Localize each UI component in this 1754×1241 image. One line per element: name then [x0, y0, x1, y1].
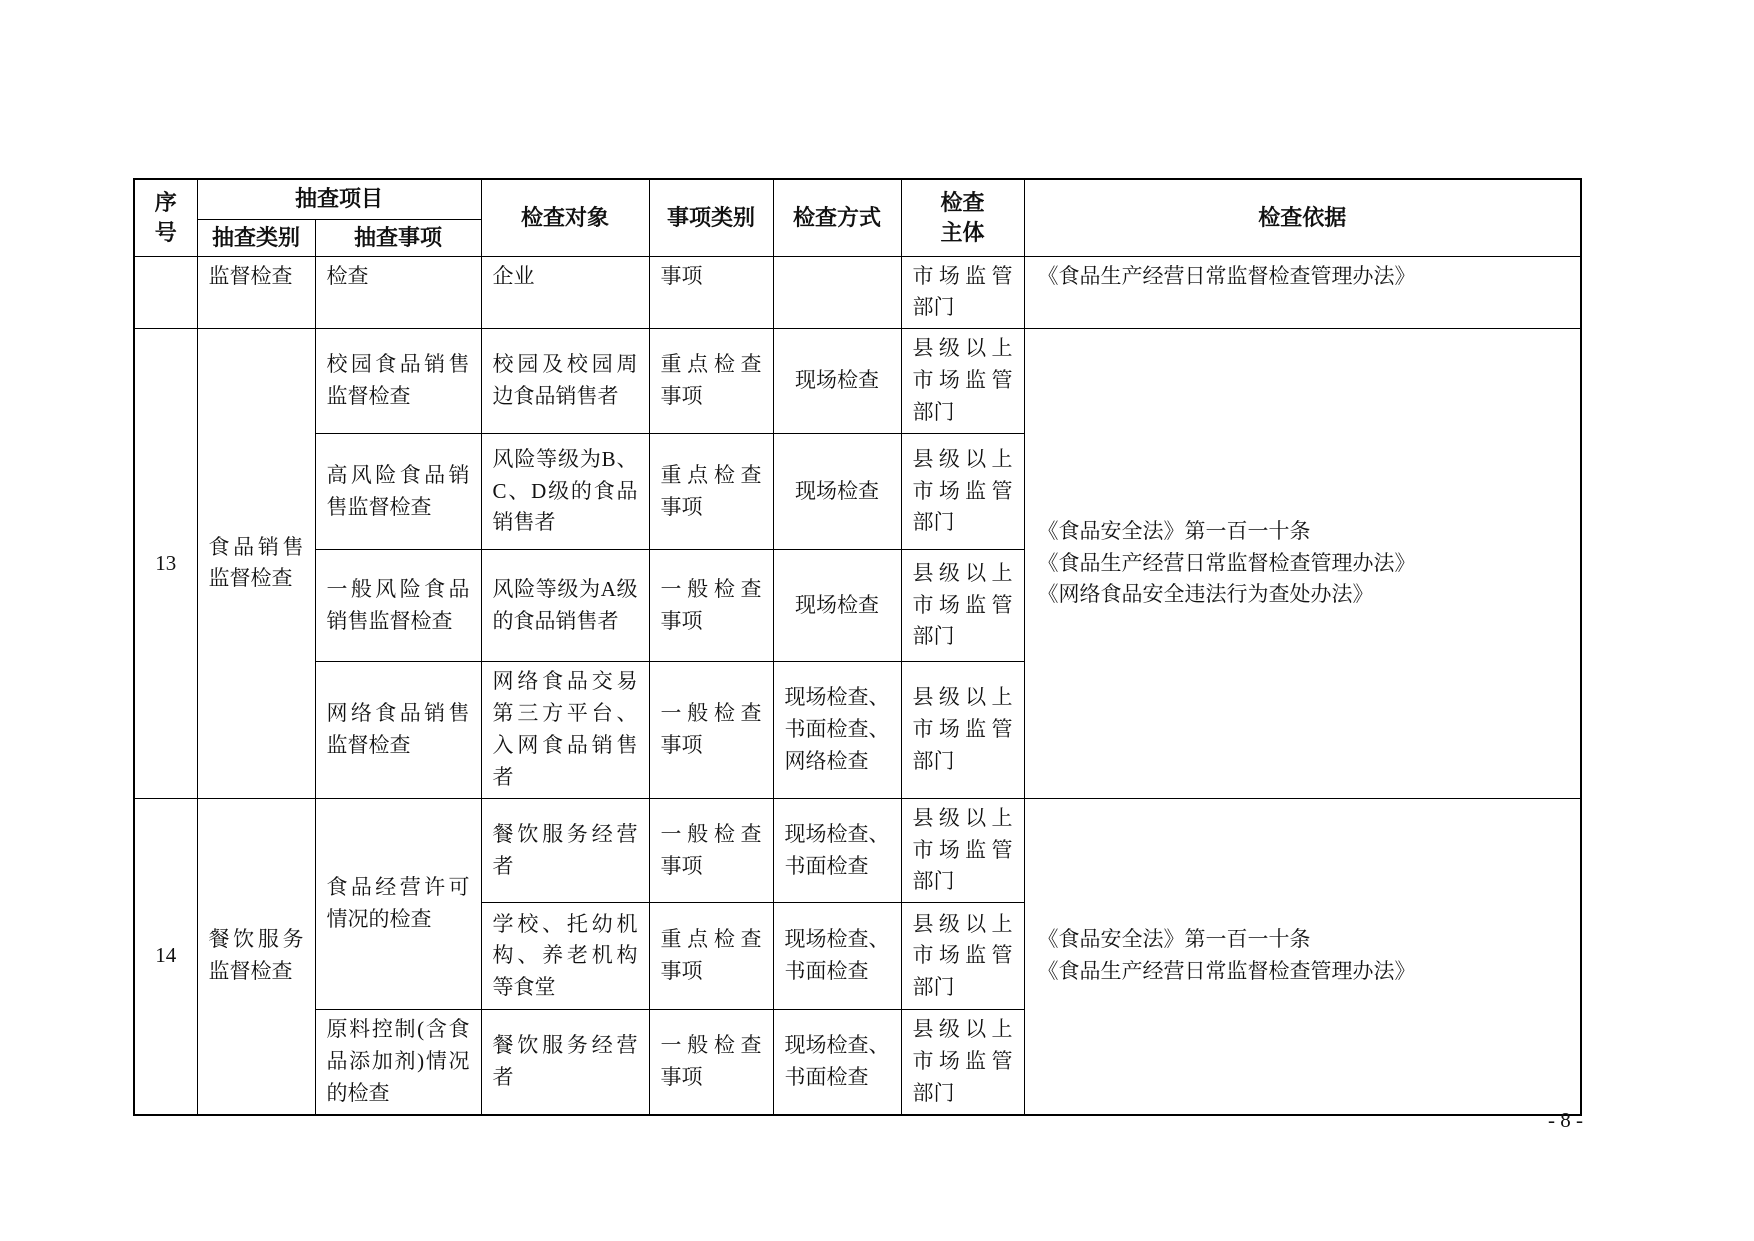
cell-inspection-object: 风险等级为A级的食品销售者	[481, 550, 649, 662]
cell-inspection-subject: 县级以上市场监管部门	[901, 550, 1024, 662]
cell-inspection-subject: 县级以上市场监管部门	[901, 798, 1024, 903]
cell-inspection-method: 现场检查、书面检查	[773, 1010, 901, 1115]
cell-inspection-object: 学校、托幼机构、养老机构等食堂	[481, 903, 649, 1010]
header-cell-inspection-basis: 检查依据	[1024, 179, 1581, 256]
header-subject-label: 检查主体	[933, 188, 992, 247]
cell-sampling-category: 餐饮服务监督检查	[197, 798, 315, 1115]
table-row-carryover: 监督检查 检查 企业 事项 市场监管部门 《食品生产经营日常监督检查管理办法》	[134, 256, 1581, 329]
cell-inspection-method: 现场检查、书面检查	[773, 903, 901, 1010]
cell-inspection-method: 现场检查	[773, 550, 901, 662]
cell-serial	[134, 256, 197, 329]
cell-inspection-object: 餐饮服务经营者	[481, 1010, 649, 1115]
cell-inspection-subject: 市场监管部门	[901, 256, 1024, 329]
cell-sampling-item: 食品经营许可情况的检查	[315, 798, 481, 1010]
header-cell-inspection-method: 检查方式	[773, 179, 901, 256]
cell-inspection-method: 现场检查、书面检查、网络检查	[773, 662, 901, 799]
cell-inspection-object: 网络食品交易第三方平台、入网食品销售者	[481, 662, 649, 799]
page-number: - 8 -	[1548, 1108, 1583, 1133]
cell-sampling-item: 网络食品销售监督检查	[315, 662, 481, 799]
cell-inspection-object: 企业	[481, 256, 649, 329]
cell-sampling-category: 监督检查	[197, 256, 315, 329]
cell-serial: 14	[134, 798, 197, 1115]
header-serial-label: 序号	[149, 188, 182, 247]
basis-line: 《网络食品安全违法行为查处办法》	[1038, 579, 1570, 611]
cell-inspection-subject: 县级以上市场监管部门	[901, 1010, 1024, 1115]
cell-item-type: 重点检查事项	[649, 434, 773, 550]
cell-serial: 13	[134, 329, 197, 798]
cell-inspection-basis: 《食品安全法》第一百一十条 《食品生产经营日常监督检查管理办法》 《网络食品安全…	[1024, 329, 1581, 798]
header-cell-serial: 序号	[134, 179, 197, 256]
cell-inspection-basis: 《食品安全法》第一百一十条 《食品生产经营日常监督检查管理办法》	[1024, 798, 1581, 1115]
cell-item-type: 重点检查事项	[649, 329, 773, 434]
cell-inspection-object: 校园及校园周边食品销售者	[481, 329, 649, 434]
cell-inspection-object: 风险等级为B、C、D级的食品销售者	[481, 434, 649, 550]
header-cell-inspection-object: 检查对象	[481, 179, 649, 256]
cell-item-type: 事项	[649, 256, 773, 329]
header-cell-sampling-category: 抽查类别	[197, 219, 315, 256]
header-cell-item-type: 事项类别	[649, 179, 773, 256]
cell-inspection-object: 餐饮服务经营者	[481, 798, 649, 903]
cell-inspection-subject: 县级以上市场监管部门	[901, 662, 1024, 799]
cell-inspection-subject: 县级以上市场监管部门	[901, 434, 1024, 550]
cell-sampling-item: 校园食品销售监督检查	[315, 329, 481, 434]
basis-line: 《食品安全法》第一百一十条	[1038, 516, 1570, 548]
cell-sampling-item: 原料控制(含食品添加剂)情况的检查	[315, 1010, 481, 1115]
cell-inspection-method: 现场检查	[773, 434, 901, 550]
cell-item-type: 一般检查事项	[649, 1010, 773, 1115]
table-row-14a: 14 餐饮服务监督检查 食品经营许可情况的检查 餐饮服务经营者 一般检查事项 现…	[134, 798, 1581, 903]
cell-inspection-method: 现场检查、书面检查	[773, 798, 901, 903]
cell-sampling-category: 食品销售监督检查	[197, 329, 315, 798]
cell-item-type: 一般检查事项	[649, 798, 773, 903]
table-row-13a: 13 食品销售监督检查 校园食品销售监督检查 校园及校园周边食品销售者 重点检查…	[134, 329, 1581, 434]
basis-line: 《食品生产经营日常监督检查管理办法》	[1038, 956, 1570, 988]
header-cell-sampling-item: 抽查事项	[315, 219, 481, 256]
cell-sampling-item: 高风险食品销售监督检查	[315, 434, 481, 550]
header-cell-inspection-subject: 检查主体	[901, 179, 1024, 256]
cell-inspection-method: 现场检查	[773, 329, 901, 434]
basis-line: 《食品安全法》第一百一十条	[1038, 924, 1570, 956]
cell-item-type: 一般检查事项	[649, 550, 773, 662]
cell-inspection-basis: 《食品生产经营日常监督检查管理办法》	[1024, 256, 1581, 329]
cell-item-type: 一般检查事项	[649, 662, 773, 799]
basis-line: 《食品生产经营日常监督检查管理办法》	[1038, 548, 1570, 580]
cell-sampling-item: 一般风险食品销售监督检查	[315, 550, 481, 662]
cell-inspection-subject: 县级以上市场监管部门	[901, 903, 1024, 1010]
cell-item-type: 重点检查事项	[649, 903, 773, 1010]
inspection-table: 序号 抽查项目 检查对象 事项类别 检查方式 检查主体 检查依据 抽查类别 抽查…	[133, 178, 1582, 1116]
cell-sampling-item: 检查	[315, 256, 481, 329]
header-cell-sampling-project: 抽查项目	[197, 179, 481, 219]
cell-inspection-method	[773, 256, 901, 329]
cell-inspection-subject: 县级以上市场监管部门	[901, 329, 1024, 434]
header-row-1: 序号 抽查项目 检查对象 事项类别 检查方式 检查主体 检查依据	[134, 179, 1581, 219]
